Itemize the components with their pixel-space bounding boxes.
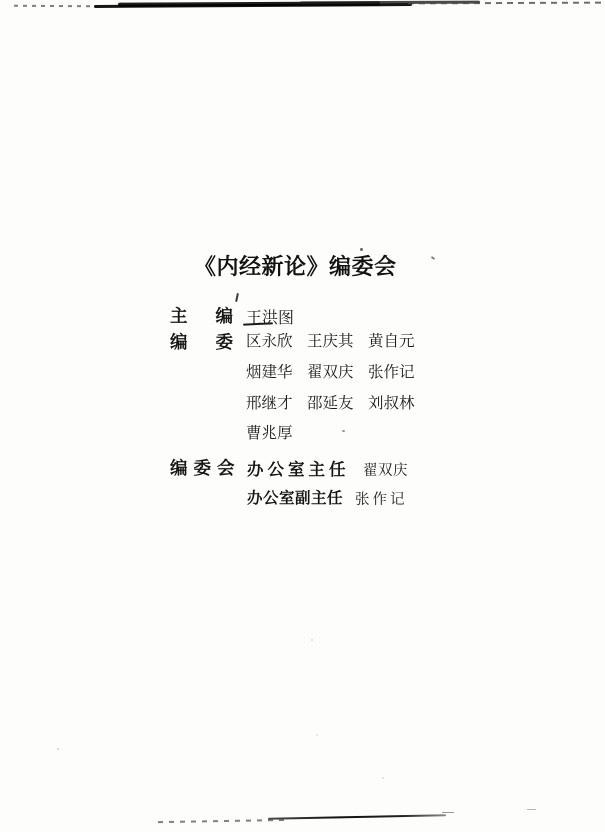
board-member-name: 烟建华 <box>246 360 293 382</box>
top-scan-artifact-streak <box>94 3 412 8</box>
ink-speck <box>316 734 318 736</box>
office-deputy-director-name: 张作记 <box>355 488 408 509</box>
chief-editor-name: 王洪图 <box>246 305 294 328</box>
top-scan-artifact-dashes <box>408 2 604 5</box>
office-deputy-director-label: 办公室副主任 <box>247 486 343 508</box>
editorial-board-label: 编委 <box>170 329 233 354</box>
board-member-row: 邢继才 邵延友 刘叔林 <box>246 391 446 411</box>
pen-tick-mark <box>235 293 239 302</box>
board-member-name: 区永欣 <box>246 329 293 351</box>
board-member-row: 烟建华 翟双庆 张作记 <box>246 360 446 380</box>
top-scan-artifact-streak <box>118 1 380 6</box>
page-title: 《内经新论》编委会 <box>194 250 397 281</box>
ink-speck <box>311 639 313 641</box>
top-scan-artifact-dashes <box>14 5 92 8</box>
ink-speck <box>57 748 59 750</box>
scanned-book-page: 《内经新论》编委会 主编 王洪图 编委 区永欣 王庆其 黄自元 烟建华 翟双庆 … <box>0 0 605 832</box>
board-member-name: 曹兆厚 <box>246 421 293 443</box>
ink-speck <box>382 777 384 779</box>
chief-editor-label: 主编 <box>170 303 233 328</box>
office-director-label: 办公室主任 <box>247 456 350 480</box>
bottom-scan-artifact-mark <box>527 809 536 810</box>
board-member-name: 邢继才 <box>246 391 293 413</box>
bottom-scan-artifact-dashes <box>158 819 290 823</box>
committee-label: 编委会 <box>170 455 241 480</box>
bottom-scan-artifact-tail <box>442 812 454 813</box>
bottom-scan-artifact-streak <box>268 814 446 819</box>
ink-speck <box>431 256 435 260</box>
board-member-row: 曹兆厚 <box>246 421 446 441</box>
top-scan-artifact-streak <box>300 1 480 5</box>
board-member-name: 邵延友 <box>307 391 354 413</box>
board-member-name: 翟双庆 <box>307 360 354 382</box>
board-member-row: 区永欣 王庆其 黄自元 <box>246 329 446 349</box>
board-member-name: 张作记 <box>368 360 415 382</box>
office-director-name: 翟双庆 <box>363 459 408 480</box>
board-member-name: 黄自元 <box>368 329 415 351</box>
board-member-name: 刘叔林 <box>368 391 415 413</box>
board-member-name: 王庆其 <box>307 329 354 351</box>
